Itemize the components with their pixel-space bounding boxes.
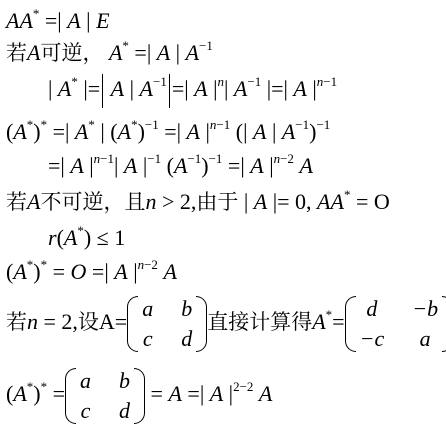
formula-line-8: (A*)* = O =| A |n−2 A xyxy=(6,259,177,288)
formula-line-5: =| A |n−1| A |−1 (A−1)−1 =| A |n−2 A xyxy=(48,153,313,182)
formula-line-1: AA* =| A | E xyxy=(6,8,110,37)
formula-line-10: (A*)* =abcd = A =| A |2−2 A xyxy=(6,368,272,424)
formula-line-2: 若A可逆， A* =| A | A−1 xyxy=(6,40,213,69)
formula-line-7: r(A*) ≤ 1 xyxy=(48,225,125,254)
matrix-adj: d−b−ca xyxy=(345,296,446,352)
formula-line-6: 若A不可逆，且n > 2,由于 | A |= 0, AA* = O xyxy=(6,189,390,218)
matrix-a-result: abcd xyxy=(65,368,145,424)
formula-line-4: (A*)* =| A* | (A*)−1 =| A |n−1 (| A | A−… xyxy=(6,119,330,148)
matrix-a: abcd xyxy=(127,296,207,352)
formula-line-9: 若n = 2,设A=abcd直接计算得A*=d−b−ca xyxy=(6,296,446,352)
formula-line-3: | A* |= A | A−1=| A |n| A−1 |=| A |n−1 xyxy=(48,74,337,108)
